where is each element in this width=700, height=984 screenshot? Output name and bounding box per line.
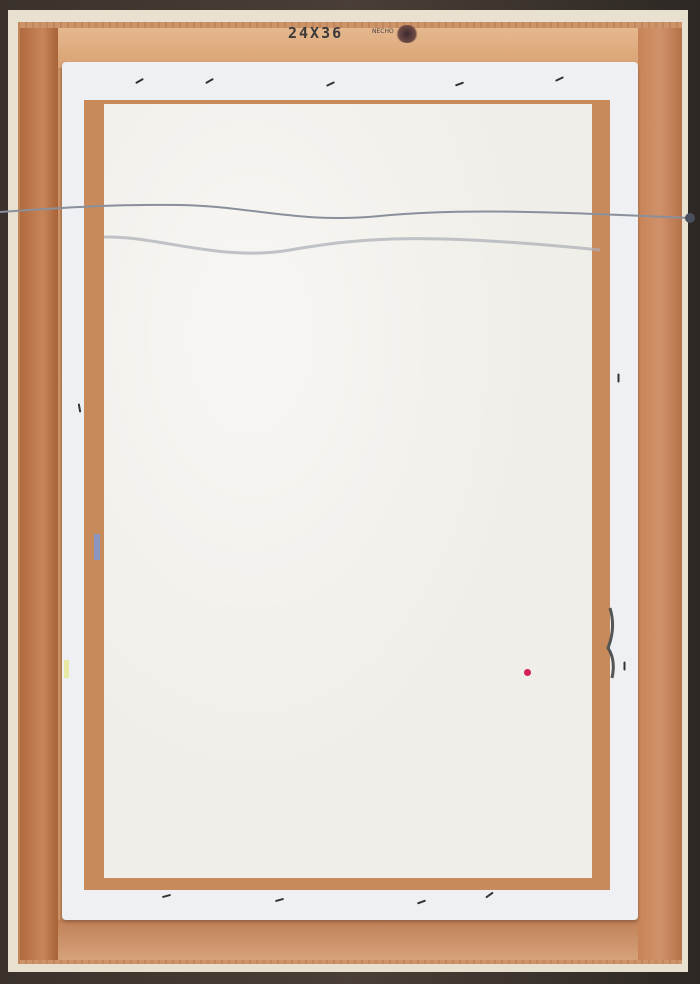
hanging-wire xyxy=(0,0,700,984)
dark-paint-mark xyxy=(608,608,613,678)
